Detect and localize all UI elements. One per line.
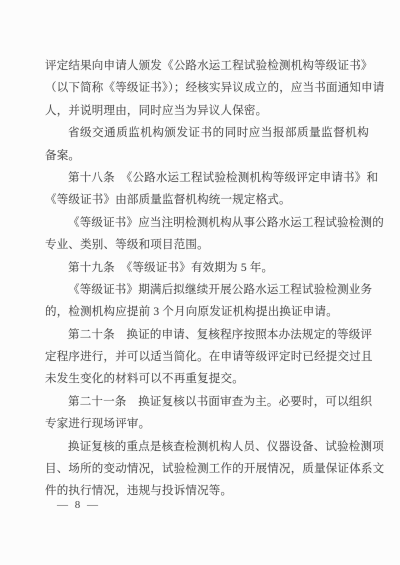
text-line: 评定结果向申请人颁发《公路水运工程试验检测机构等级证书》 <box>45 55 369 77</box>
text-line: 第十八条 《公路水运工程试验检测机构等级评定申请书》和 <box>45 167 369 189</box>
document-page: 评定结果向申请人颁发《公路水运工程试验检测机构等级证书》（以下简称《等级证书》）… <box>0 0 400 565</box>
text-line: 第二十条 换证的申请、复核程序按照本办法规定的等级评 <box>45 324 369 346</box>
text-line: 《等级证书》应当注明检测机构从事公路水运工程试验检测的 <box>45 212 369 234</box>
text-line: 未发生变化的材料可以不再重复提交。 <box>45 368 369 390</box>
text-line: （以下简称《等级证书》）；经核实异议成立的，应当书面通知申请 <box>45 77 369 99</box>
text-line: 《等级证书》期满后拟继续开展公路水运工程试验检测业务 <box>45 279 369 301</box>
text-line: 换证复核的重点是核查检测机构人员、仪器设备、试验检测项 <box>45 436 369 458</box>
text-line: 备案。 <box>45 145 369 167</box>
text-line: 目、场所的变动情况，试验检测工作的开展情况，质量保证体系文 <box>45 458 369 480</box>
text-line: 《等级证书》由部质量监督机构统一规定格式。 <box>45 189 369 211</box>
text-line: 第十九条 《等级证书》有效期为 5 年。 <box>45 257 369 279</box>
text-line: 第二十一条 换证复核以书面审查为主。必要时，可以组织 <box>45 391 369 413</box>
text-line: 专家进行现场评审。 <box>45 413 369 435</box>
document-body-text: 评定结果向申请人颁发《公路水运工程试验检测机构等级证书》（以下简称《等级证书》）… <box>45 55 369 503</box>
text-line: 人，并说明理由，同时应当为异议人保密。 <box>45 100 369 122</box>
text-line: 定程序进行，并可以适当简化。在申请等级评定时已经提交过且 <box>45 346 369 368</box>
text-line: 的，检测机构应提前 3 个月向原发证机构提出换证申请。 <box>45 301 369 323</box>
text-line: 省级交通质监机构颁发证书的同时应当报部质量监督机构 <box>45 122 369 144</box>
text-line: 专业、类别、等级和项目范围。 <box>45 234 369 256</box>
page-number: — 8 — <box>57 497 100 513</box>
